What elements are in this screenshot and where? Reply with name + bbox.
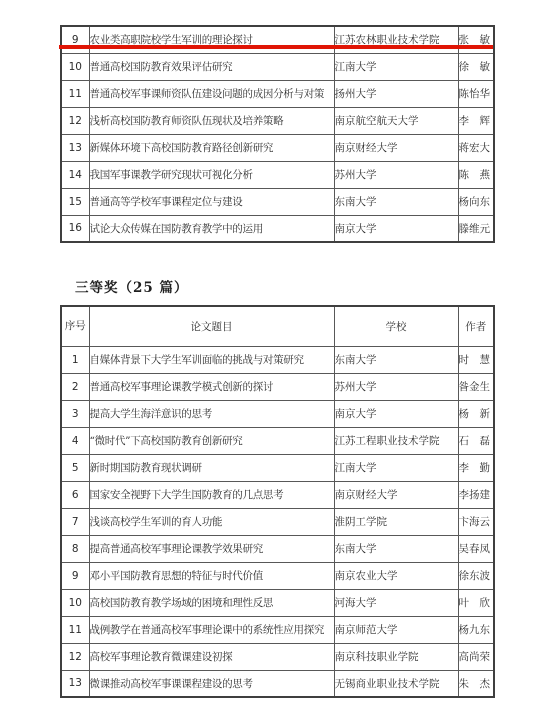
header-cell-no: 序号 (61, 306, 89, 346)
cell-no: 13 (61, 134, 89, 161)
cell-no: 15 (61, 188, 89, 215)
table-row: 11战例教学在普通高校军事理论课中的系统性应用探究南京师范大学杨九东 (61, 616, 494, 643)
cell-author: 朱 杰 (458, 670, 494, 697)
cell-school: 江南大学 (334, 454, 458, 481)
cell-no: 4 (61, 427, 89, 454)
cell-school: 南京财经大学 (334, 481, 458, 508)
cell-school: 南京科技职业学院 (334, 643, 458, 670)
cell-author: 李 勤 (458, 454, 494, 481)
cell-title: “微时代”下高校国防教育创新研究 (89, 427, 334, 454)
cell-no: 11 (61, 80, 89, 107)
cell-title: 试论大众传媒在国防教育教学中的运用 (89, 215, 334, 242)
table-row: 15普通高等学校军事课程定位与建设东南大学杨向东 (61, 188, 494, 215)
cell-author: 叶 欣 (458, 589, 494, 616)
cell-no: 12 (61, 107, 89, 134)
cell-school: 无锡商业职业技术学院 (334, 670, 458, 697)
cell-author: 陈怡华 (458, 80, 494, 107)
cell-author: 徐 敏 (458, 53, 494, 80)
cell-school: 苏州大学 (334, 161, 458, 188)
table-row: 11普通高校军事课师资队伍建设问题的成因分析与对策扬州大学陈怡华 (61, 80, 494, 107)
cell-title: 提高大学生海洋意识的思考 (89, 400, 334, 427)
cell-title: 高校军事理论教育微课建设初探 (89, 643, 334, 670)
cell-no: 5 (61, 454, 89, 481)
table-row: 2普通高校军事理论课教学模式创新的探讨苏州大学昝金生 (61, 373, 494, 400)
cell-author: 吴春凤 (458, 535, 494, 562)
cell-title: 普通高等学校军事课程定位与建设 (89, 188, 334, 215)
cell-no: 1 (61, 346, 89, 373)
highlight-underline (59, 45, 493, 49)
cell-no: 10 (61, 589, 89, 616)
award-table-third-prize: 序号论文题目学校作者 1自媒体背景下大学生军训面临的挑战与对策研究东南大学时 慧… (60, 305, 495, 698)
cell-author: 昝金生 (458, 373, 494, 400)
cell-author: 陈 燕 (458, 161, 494, 188)
table-row: 13新媒体环境下高校国防教育路径创新研究南京财经大学蒋宏大 (61, 134, 494, 161)
cell-school: 东南大学 (334, 535, 458, 562)
table-row: 10普通高校国防教育效果评估研究江南大学徐 敏 (61, 53, 494, 80)
cell-school: 淮阴工学院 (334, 508, 458, 535)
table-row: 3提高大学生海洋意识的思考南京大学杨 新 (61, 400, 494, 427)
cell-author: 李 辉 (458, 107, 494, 134)
cell-no: 8 (61, 535, 89, 562)
table-row: 1自媒体背景下大学生军训面临的挑战与对策研究东南大学时 慧 (61, 346, 494, 373)
table-row: 5新时期国防教育现状调研江南大学李 勤 (61, 454, 494, 481)
cell-title: 普通高校国防教育效果评估研究 (89, 53, 334, 80)
table-row: 16试论大众传媒在国防教育教学中的运用南京大学滕维元 (61, 215, 494, 242)
cell-author: 徐东波 (458, 562, 494, 589)
cell-title: 战例教学在普通高校军事理论课中的系统性应用探究 (89, 616, 334, 643)
cell-title: 我国军事课教学研究现状可视化分析 (89, 161, 334, 188)
cell-school: 南京航空航天大学 (334, 107, 458, 134)
cell-title: 微课推动高校军事课课程建设的思考 (89, 670, 334, 697)
cell-school: 南京农业大学 (334, 562, 458, 589)
cell-author: 卞海云 (458, 508, 494, 535)
cell-school: 南京大学 (334, 215, 458, 242)
cell-school: 扬州大学 (334, 80, 458, 107)
cell-no: 6 (61, 481, 89, 508)
table-row: 12浅析高校国防教育师资队伍现状及培养策略南京航空航天大学李 辉 (61, 107, 494, 134)
table-header-row: 序号论文题目学校作者 (61, 306, 494, 346)
table-row: 14我国军事课教学研究现状可视化分析苏州大学陈 燕 (61, 161, 494, 188)
cell-author: 滕维元 (458, 215, 494, 242)
cell-no: 7 (61, 508, 89, 535)
cell-author: 杨九东 (458, 616, 494, 643)
cell-author: 杨 新 (458, 400, 494, 427)
cell-school: 东南大学 (334, 346, 458, 373)
cell-no: 9 (61, 562, 89, 589)
cell-school: 南京财经大学 (334, 134, 458, 161)
cell-no: 13 (61, 670, 89, 697)
cell-title: 新媒体环境下高校国防教育路径创新研究 (89, 134, 334, 161)
cell-no: 10 (61, 53, 89, 80)
cell-no: 12 (61, 643, 89, 670)
cell-no: 11 (61, 616, 89, 643)
cell-title: 高校国防教育教学场域的困境和理性反思 (89, 589, 334, 616)
table-row: 10高校国防教育教学场域的困境和理性反思河海大学叶 欣 (61, 589, 494, 616)
cell-no: 3 (61, 400, 89, 427)
cell-title: 浅谈高校学生军训的育人功能 (89, 508, 334, 535)
cell-no: 14 (61, 161, 89, 188)
cell-school: 南京大学 (334, 400, 458, 427)
cell-author: 李扬建 (458, 481, 494, 508)
table-row: 8提高普通高校军事理论课教学效果研究东南大学吴春凤 (61, 535, 494, 562)
cell-school: 江苏工程职业技术学院 (334, 427, 458, 454)
cell-title: 提高普通高校军事理论课教学效果研究 (89, 535, 334, 562)
cell-author: 高尚荣 (458, 643, 494, 670)
cell-school: 河海大学 (334, 589, 458, 616)
cell-title: 浅析高校国防教育师资队伍现状及培养策略 (89, 107, 334, 134)
header-cell-school: 学校 (334, 306, 458, 346)
cell-title: 新时期国防教育现状调研 (89, 454, 334, 481)
table-row: 7浅谈高校学生军训的育人功能淮阴工学院卞海云 (61, 508, 494, 535)
table-row: 4“微时代”下高校国防教育创新研究江苏工程职业技术学院石 磊 (61, 427, 494, 454)
cell-school: 南京师范大学 (334, 616, 458, 643)
section-title: 三等奖（25 篇） (75, 276, 558, 296)
table-row: 9邓小平国防教育思想的特征与时代价值南京农业大学徐东波 (61, 562, 494, 589)
document-page: 9农业类高职院校学生军训的理论探讨江苏农林职业技术学院张 敏10普通高校国防教育… (0, 0, 558, 715)
cell-title: 国家安全视野下大学生国防教育的几点思考 (89, 481, 334, 508)
table-row: 12高校军事理论教育微课建设初探南京科技职业学院高尚荣 (61, 643, 494, 670)
cell-author: 蒋宏大 (458, 134, 494, 161)
cell-school: 江南大学 (334, 53, 458, 80)
cell-title: 普通高校军事课师资队伍建设问题的成因分析与对策 (89, 80, 334, 107)
cell-author: 杨向东 (458, 188, 494, 215)
table-row: 6国家安全视野下大学生国防教育的几点思考南京财经大学李扬建 (61, 481, 494, 508)
cell-no: 2 (61, 373, 89, 400)
cell-no: 16 (61, 215, 89, 242)
cell-school: 苏州大学 (334, 373, 458, 400)
header-cell-author: 作者 (458, 306, 494, 346)
cell-title: 普通高校军事理论课教学模式创新的探讨 (89, 373, 334, 400)
table-row: 13微课推动高校军事课课程建设的思考无锡商业职业技术学院朱 杰 (61, 670, 494, 697)
header-cell-title: 论文题目 (89, 306, 334, 346)
cell-school: 东南大学 (334, 188, 458, 215)
award-table-second-prize-continued: 9农业类高职院校学生军训的理论探讨江苏农林职业技术学院张 敏10普通高校国防教育… (60, 25, 495, 243)
cell-title: 自媒体背景下大学生军训面临的挑战与对策研究 (89, 346, 334, 373)
cell-title: 邓小平国防教育思想的特征与时代价值 (89, 562, 334, 589)
cell-author: 时 慧 (458, 346, 494, 373)
cell-author: 石 磊 (458, 427, 494, 454)
